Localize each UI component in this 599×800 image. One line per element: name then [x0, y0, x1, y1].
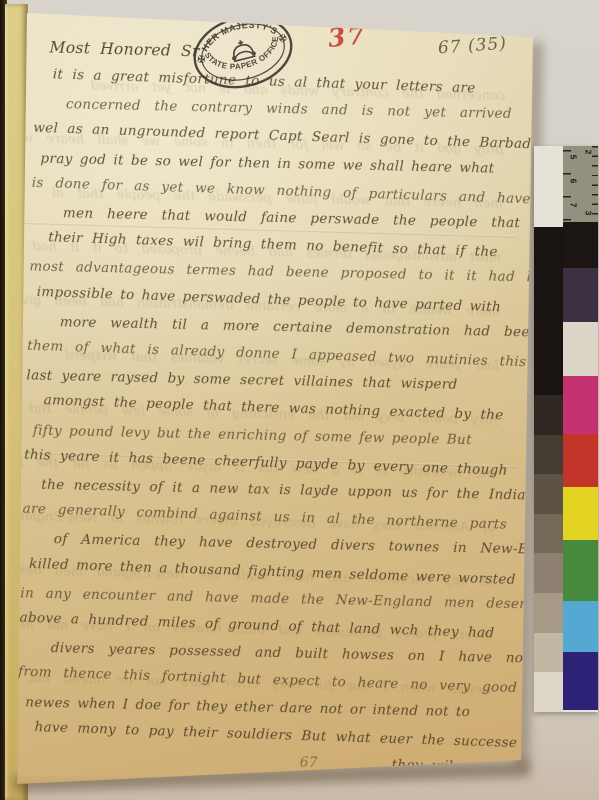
ruler-number: 6: [568, 179, 578, 184]
color-calibration-strip: 5 6 7 2 3: [534, 146, 598, 712]
crown-icon: [229, 38, 256, 62]
gray-step: [534, 146, 563, 227]
color-patch-cyan: [563, 601, 598, 652]
archival-photo: { "page": { "stamp": { "arc_top": "✠ HER…: [0, 0, 599, 800]
ruler-number: 7: [568, 203, 578, 208]
ruler-number: 3: [584, 211, 594, 216]
color-patch-black: [563, 222, 598, 268]
color-patch-red: [563, 434, 598, 487]
gray-step: [534, 395, 563, 435]
ruler-number: 5: [568, 155, 578, 160]
gray-step: [534, 553, 563, 593]
color-patch-column: 5 6 7 2 3: [563, 146, 598, 712]
letter-body: Most Honored Sr it is a great misfortune…: [15, 32, 511, 782]
color-patch-green: [563, 540, 598, 601]
gray-step: [534, 474, 563, 514]
gray-step: [534, 435, 563, 475]
color-patch-magenta: [563, 376, 598, 434]
grayscale-wedge: [534, 146, 563, 712]
gray-step: [534, 514, 563, 554]
gray-step: [534, 227, 563, 395]
color-patch-white: [563, 322, 598, 376]
color-patch-yellow: [563, 487, 598, 540]
ruler-number: 2: [584, 150, 594, 155]
red-folio-number: 37: [327, 20, 369, 53]
ruler: 5 6 7 2 3: [563, 146, 598, 222]
color-patch-dark-violet: [563, 268, 598, 322]
gray-step: [534, 633, 563, 673]
color-patch-blue: [563, 652, 598, 710]
manuscript-page: concerned the contrary winds and is not …: [0, 0, 599, 800]
gray-step: [534, 593, 563, 633]
gray-step: [534, 672, 563, 712]
